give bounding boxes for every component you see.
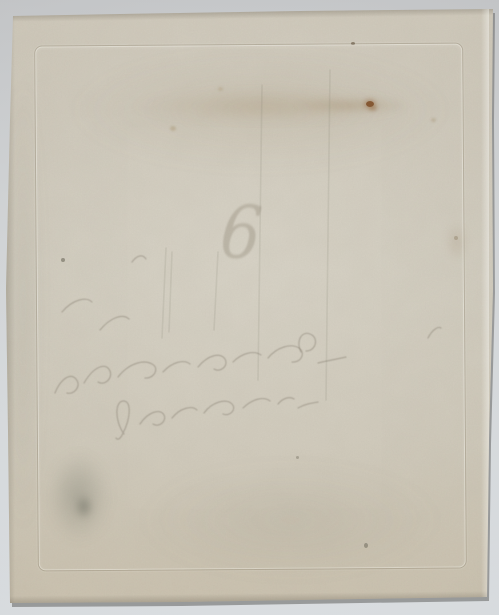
photograph-backdrop: 6 <box>0 0 499 615</box>
paper-sheet: 6 <box>0 0 499 615</box>
pencil-numeral: 6 <box>207 185 276 281</box>
plate-mark <box>34 43 467 572</box>
paper-edge-left <box>5 14 15 606</box>
paper-edge-top <box>6 6 496 22</box>
paper-edge-right-highlight <box>481 9 489 599</box>
